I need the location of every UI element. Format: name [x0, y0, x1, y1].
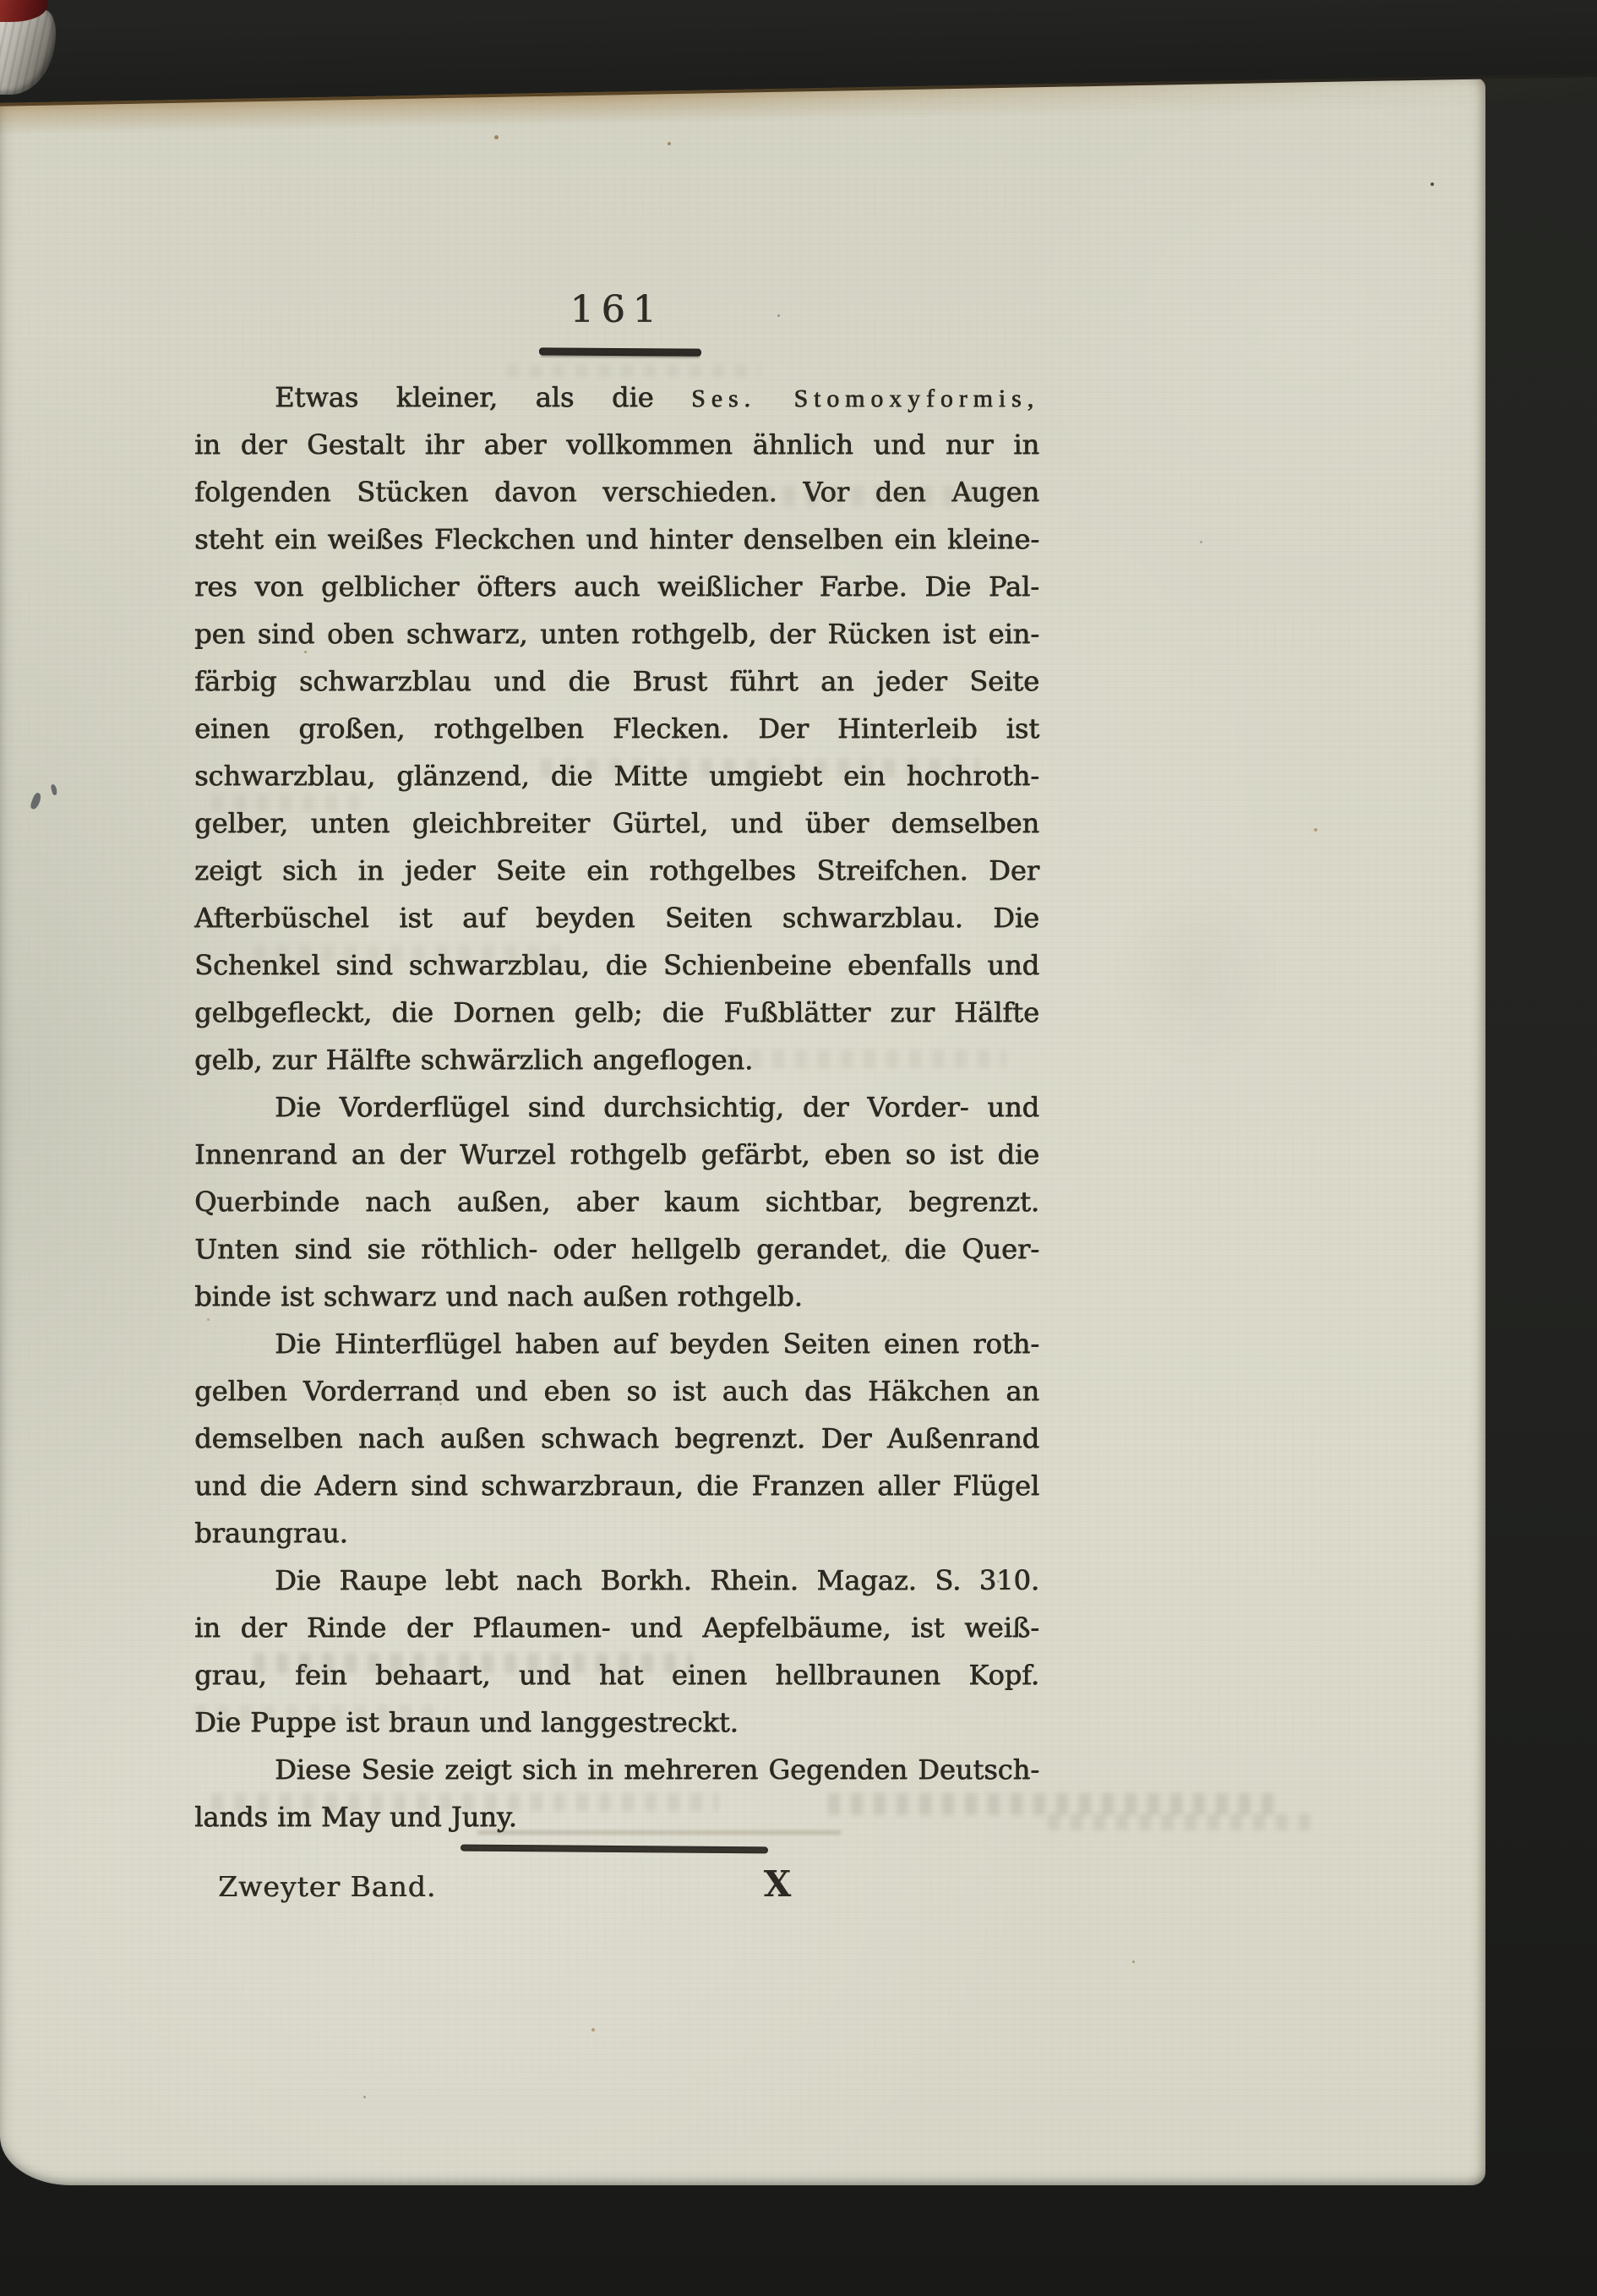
- signature-mark: X: [750, 1862, 804, 1906]
- text-block: Etwaskleiner,alsdieSes.Stomoxyformis,ind…: [194, 374, 1039, 1841]
- text-line: inderRindederPflaumen-undAepfelbäume,ist…: [194, 1604, 1039, 1651]
- text-line: AfterbüschelistaufbeydenSeitenschwarzbla…: [194, 894, 1039, 941]
- text-line: braungrau.: [194, 1509, 1039, 1557]
- text-line: binde ist schwarz und nach außen rothgel…: [194, 1273, 1039, 1320]
- text-line: DieRaupelebtnachBorkh.Rhein.Magaz.S.310.: [194, 1557, 1039, 1604]
- text-line: zeigtsichinjederSeiteeinrothgelbesStreif…: [194, 847, 1039, 894]
- text-line: Die Puppe ist braun und langgestreckt.: [194, 1699, 1039, 1746]
- scanned-book-page: 161 Etwaskleiner,alsdieSes.Stomoxyformis…: [0, 0, 1597, 2296]
- footer-volume-label: Zweyter Band.: [218, 1868, 436, 1906]
- text-line: resvongelblicheröftersauchweißlicherFarb…: [194, 563, 1039, 610]
- text-line: Schenkelsindschwarzblau,dieSchienbeineeb…: [194, 941, 1039, 989]
- text-line: pensindobenschwarz,untenrothgelb,derRück…: [194, 610, 1039, 657]
- header-rule: [539, 347, 701, 356]
- text-line: inderGestaltihrabervollkommenähnlichundn…: [194, 421, 1039, 468]
- text-line: DieseSesiezeigtsichinmehrerenGegendenDeu…: [194, 1746, 1039, 1793]
- text-line: grau,feinbehaart,undhateinenhellbraunenK…: [194, 1651, 1039, 1699]
- text-line: gelbenVorderrandundebensoistauchdasHäkch…: [194, 1367, 1039, 1415]
- text-line: Etwaskleiner,alsdieSes.Stomoxyformis,: [194, 374, 1039, 421]
- text-line: lands im May und Juny.: [194, 1793, 1039, 1841]
- text-line: färbigschwarzblauunddieBrustführtanjeder…: [194, 657, 1039, 705]
- text-line: DieVorderflügelsinddurchsichtig,derVorde…: [194, 1083, 1039, 1131]
- text-line: Querbindenachaußen,aberkaumsichtbar,begr…: [194, 1178, 1039, 1225]
- text-line: gelb, zur Hälfte schwärzlich angeflogen.: [194, 1036, 1039, 1083]
- page-number: 161: [194, 287, 1039, 333]
- text-line: InnenrandanderWurzelrothgelbgefärbt,eben…: [194, 1131, 1039, 1178]
- text-line: gelbgefleckt,dieDornengelb;dieFußblätter…: [194, 989, 1039, 1036]
- text-line: unddieAdernsindschwarzbraun,dieFranzenal…: [194, 1462, 1039, 1509]
- text-line: einengroßen,rothgelbenFlecken.DerHinterl…: [194, 705, 1039, 752]
- text-line: stehteinweißesFleckchenundhinterdenselbe…: [194, 515, 1039, 563]
- text-line: Untensindsieröthlich-oderhellgelbgerande…: [194, 1225, 1039, 1273]
- text-line: DieHinterflügelhabenaufbeydenSeiteneinen…: [194, 1320, 1039, 1367]
- text-line: folgendenStückendavonverschieden.VordenA…: [194, 468, 1039, 515]
- text-line: demselbennachaußenschwachbegrenzt.DerAuß…: [194, 1415, 1039, 1462]
- text-line: schwarzblau,glänzend,dieMitteumgiebteinh…: [194, 752, 1039, 799]
- text-line: gelber,untengleichbreiterGürtel,undüberd…: [194, 799, 1039, 847]
